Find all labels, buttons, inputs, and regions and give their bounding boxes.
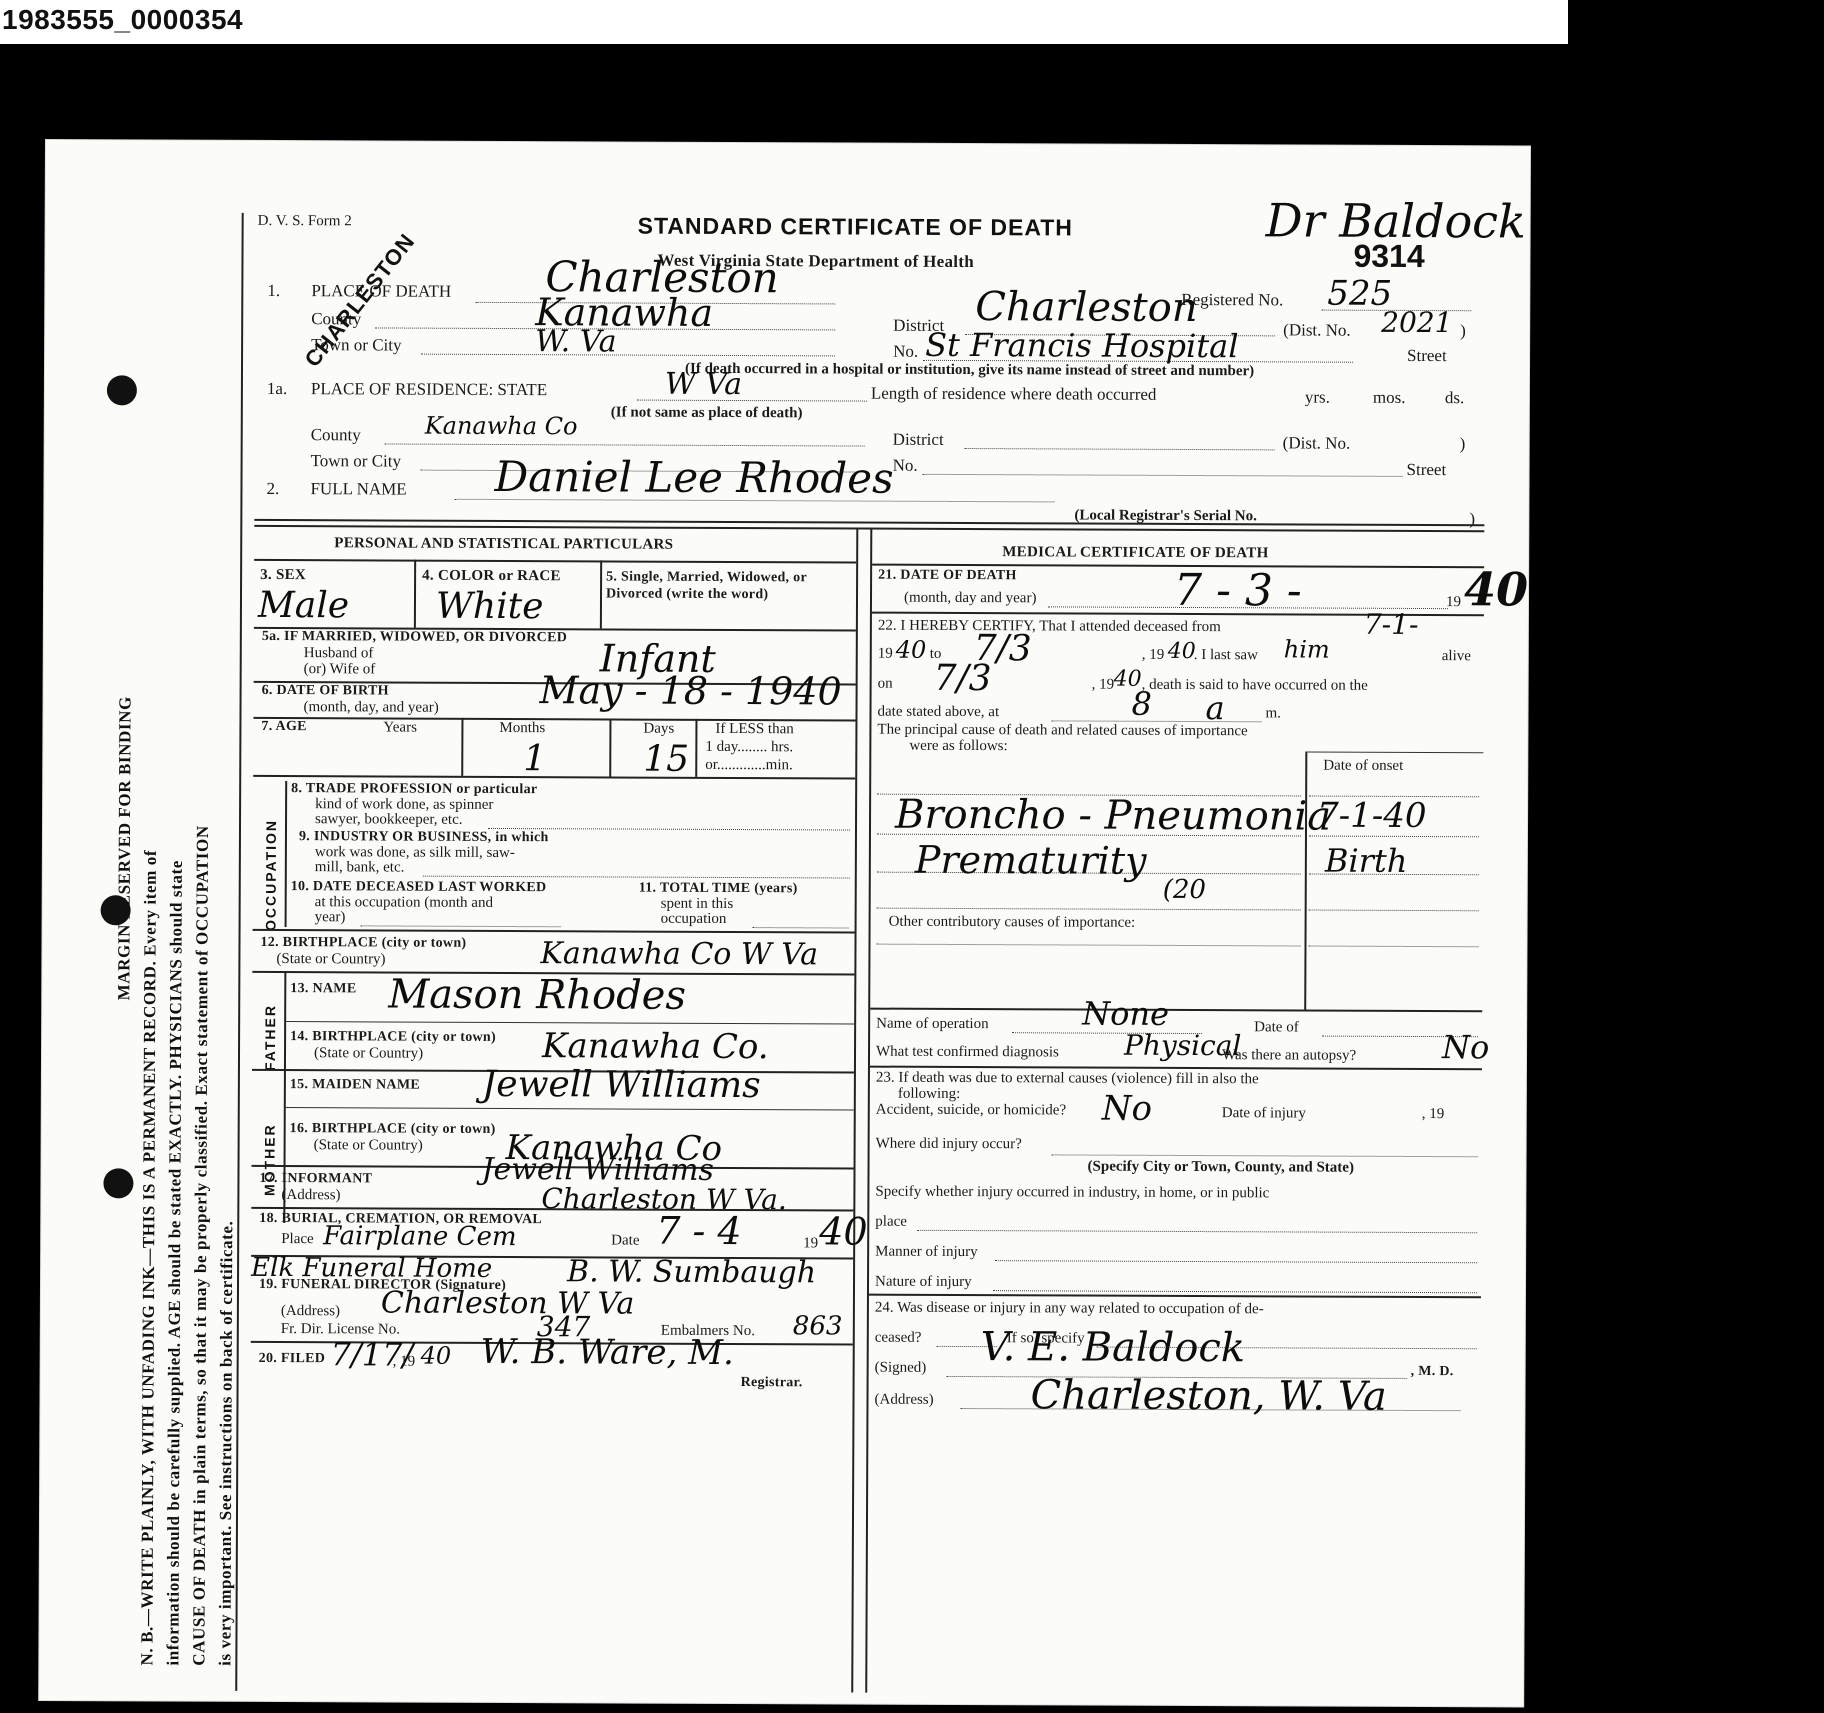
occurred-text: , death is said to have occurred on the xyxy=(1142,677,1368,695)
punch-hole-icon xyxy=(107,375,137,405)
signed-label: (Signed) xyxy=(875,1360,927,1377)
ds-label: ds. xyxy=(1445,388,1464,408)
residence-note: (If not same as place of death) xyxy=(611,404,803,422)
informant-label: 17. INFORMANT xyxy=(259,1171,372,1187)
father-side-label: FATHER xyxy=(262,1004,278,1071)
divider xyxy=(600,560,602,628)
operation-date-label: Date of xyxy=(1254,1019,1299,1036)
less-than-label: If LESS than xyxy=(715,721,793,738)
street-label: Street xyxy=(1407,346,1447,366)
form-id: D. V. S. Form 2 xyxy=(258,213,352,230)
accident-label: Accident, suicide, or homicide? xyxy=(876,1102,1066,1120)
dist-no-label: (Dist. No. xyxy=(1283,320,1351,340)
filed-year-prefix: , 19 xyxy=(393,1354,416,1371)
town-value: W. Va xyxy=(535,324,617,359)
item-number: 2. xyxy=(266,479,279,499)
divider xyxy=(254,559,856,564)
divider xyxy=(286,1107,854,1110)
injury-place-label: place xyxy=(875,1214,907,1231)
dod-label: 21. DATE OF DEATH xyxy=(878,568,1017,585)
yrs-label: yrs. xyxy=(1305,387,1330,407)
dob-sub-label: (month, day, and year) xyxy=(303,699,438,717)
operation-value: None xyxy=(1082,995,1169,1033)
pronoun-value: him xyxy=(1284,635,1330,663)
residence-no-label: No. xyxy=(893,456,918,476)
embalmers-value: 863 xyxy=(793,1311,843,1341)
last-worked-label-3: year) xyxy=(315,909,346,926)
instructions-line-2: information should be carefully supplied… xyxy=(163,860,187,1666)
residence-state-value: W Va xyxy=(665,367,742,402)
mos-label: mos. xyxy=(1373,388,1406,408)
father-birthplace-label: 14. BIRTHPLACE (city or town) xyxy=(290,1029,496,1046)
divider xyxy=(695,719,697,777)
residence-county-value: Kanawha Co xyxy=(425,412,578,441)
burial-date-value: 7 - 4 xyxy=(656,1209,742,1253)
dob-value: May - 18 - 1940 xyxy=(540,668,842,713)
birthplace-value: Kanawha Co W Va xyxy=(540,936,818,972)
test-label: What test confirmed diagnosis xyxy=(876,1044,1059,1062)
birthplace-label-2: (State or Country) xyxy=(276,951,385,968)
mother-birthplace-label: 16. BIRTHPLACE (city or town) xyxy=(290,1121,496,1138)
header-bar: 1983555_0000354 xyxy=(0,0,1568,44)
residence-state-label: PLACE OF RESIDENCE: STATE xyxy=(311,379,547,400)
spouse-label: 5a. IF MARRIED, WIDOWED, OR DIVORCED xyxy=(262,629,567,646)
dod-year-value: 40 xyxy=(1464,562,1528,616)
injury-year-prefix: , 19 xyxy=(1422,1106,1445,1123)
divider xyxy=(461,718,463,776)
father-birthplace-value: Kanawha Co. xyxy=(542,1026,769,1067)
accident-value: No xyxy=(1102,1089,1152,1129)
occupation-related-label: 24. Was disease or injury in any way rel… xyxy=(875,1300,1264,1319)
specify-injury-label: Specify whether injury occurred in indus… xyxy=(875,1184,1269,1203)
divider xyxy=(414,560,416,628)
years-label: Years xyxy=(383,719,417,736)
burial-place-label: Place xyxy=(281,1231,314,1248)
date-stated-label: date stated above, at xyxy=(877,704,999,722)
year-prefix: , 19 xyxy=(1092,677,1115,694)
where-injury-sub: (Specify City or Town, County, and State… xyxy=(1087,1159,1354,1177)
column-divider xyxy=(865,528,872,1693)
husband-of-label: Husband of xyxy=(304,645,374,662)
place-of-death-label: PLACE OF DEATH xyxy=(311,281,451,302)
funeral-address-value: Charleston W Va xyxy=(381,1285,635,1321)
manner-label: Manner of injury xyxy=(875,1244,978,1261)
instructions-line-4: is very important. See instructions on b… xyxy=(215,1221,237,1666)
registrar-label: Registrar. xyxy=(741,1375,803,1391)
race-label: 4. COLOR or RACE xyxy=(422,568,561,586)
district-value: Charleston xyxy=(975,284,1197,331)
mother-maiden-value: Jewell Williams xyxy=(482,1064,761,1106)
attended-to-year: 40 xyxy=(1168,639,1196,664)
burial-date-label: Date xyxy=(611,1232,639,1249)
total-time-label-3: occupation xyxy=(661,911,727,928)
onset-header: Date of onset xyxy=(1323,758,1403,775)
death-certificate: MARGIN RESERVED FOR BINDING N. B.—WRITE … xyxy=(39,140,1530,1706)
time-hour-value: 8 xyxy=(1131,685,1152,723)
divider xyxy=(253,929,855,934)
birthplace-label: 12. BIRTHPLACE (city or town) xyxy=(260,935,466,952)
funeral-director-signature: B. W. Sumbaugh xyxy=(567,1254,816,1290)
divider xyxy=(1304,752,1307,1010)
physician-address-label: (Address) xyxy=(874,1392,933,1409)
binding-margin-note: MARGIN RESERVED FOR BINDING xyxy=(114,696,135,1000)
dist-no-value: 2021 xyxy=(1381,306,1452,339)
divider xyxy=(1307,752,1483,754)
filed-year-value: 40 xyxy=(421,1342,452,1370)
divider xyxy=(609,718,611,776)
father-name-value: Mason Rhodes xyxy=(388,972,686,1019)
age-months-value: 1 xyxy=(523,738,546,779)
instructions-line-1: N. B.—WRITE PLAINLY, WITH UNFADING INK—T… xyxy=(137,850,161,1666)
certify-label: 22. I HEREBY CERTIFY, That I attended de… xyxy=(878,618,1221,636)
funeral-address-label: (Address) xyxy=(281,1303,340,1320)
days-label: Days xyxy=(643,721,674,738)
mother-birthplace-label-2: (State or Country) xyxy=(314,1137,423,1154)
length-of-residence-label: Length of residence where death occurred xyxy=(871,384,1157,405)
physician-address-value: Charleston, W. Va xyxy=(1030,1372,1386,1420)
divider xyxy=(253,775,855,780)
cause-1-onset: 7-1-40 xyxy=(1317,796,1427,836)
residence-dist-no-label: (Dist. No. xyxy=(1283,433,1351,453)
divider xyxy=(285,781,288,927)
industry-label-3: mill, bank, etc. xyxy=(315,859,405,876)
medical-section-title: MEDICAL CERTIFICATE OF DEATH xyxy=(1002,544,1268,562)
attended-from-year: 40 xyxy=(896,636,927,664)
registrar-signature: W. B. Ware, M. xyxy=(481,1332,734,1373)
dob-label: 6. DATE OF BIRTH xyxy=(262,683,389,700)
occupation-side-label: OCCUPATION xyxy=(263,819,279,931)
age-label: 7. AGE xyxy=(261,719,306,735)
external-causes-label-2: following: xyxy=(898,1086,961,1103)
wife-of-label: (or) Wife of xyxy=(304,661,376,678)
death-street-value: St Francis Hospital xyxy=(925,326,1239,365)
time-m-label: m. xyxy=(1265,705,1280,722)
dod-value: 7 - 3 - xyxy=(1174,565,1302,617)
hospital-note: (If death occurred in a hospital or inst… xyxy=(685,361,1254,380)
county-label: County xyxy=(311,309,361,329)
alive-label: alive xyxy=(1442,648,1471,665)
instructions-line-3: CAUSE OF DEATH in plain terms, so that i… xyxy=(189,825,213,1666)
residence-street-label: Street xyxy=(1407,460,1447,480)
md-label: , M. D. xyxy=(1411,1364,1454,1380)
residence-town-label: Town or City xyxy=(311,451,402,471)
marital-status-label: 5. Single, Married, Widowed, or Divorced… xyxy=(606,568,852,603)
punch-hole-icon xyxy=(103,1168,133,1198)
injury-date-label: Date of injury xyxy=(1222,1105,1306,1122)
sex-label: 3. SEX xyxy=(260,567,306,584)
file-number: 9314 xyxy=(1353,238,1424,275)
cause-1-value: Broncho - Pneumonia xyxy=(895,792,1331,840)
mother-maiden-label: 15. MAIDEN NAME xyxy=(290,1077,420,1094)
occupation-related-label-2: ceased? xyxy=(875,1330,922,1347)
father-birthplace-label-2: (State or Country) xyxy=(314,1045,423,1062)
divider xyxy=(870,1008,1482,1013)
age-days-value: 15 xyxy=(643,739,689,780)
attended-from-value: 7-1- xyxy=(1364,608,1419,641)
time-ampm-value: a xyxy=(1205,689,1224,727)
filed-label: 20. FILED xyxy=(259,1351,326,1367)
dod-year-prefix: 19 xyxy=(1446,594,1461,611)
divider xyxy=(869,1294,1481,1299)
image-id-label: 1983555_0000354 xyxy=(2,4,243,36)
race-value: White xyxy=(436,586,544,627)
paren-close: ) xyxy=(1460,321,1466,341)
where-injury-label: Where did injury occur? xyxy=(876,1136,1022,1154)
personal-section-title: PERSONAL AND STATISTICAL PARTICULARS xyxy=(334,535,673,553)
autopsy-label: Was there an autopsy? xyxy=(1222,1047,1356,1065)
trade-label-3: sawyer, bookkeeper, etc. xyxy=(315,811,463,829)
cause-code: (20 xyxy=(1163,875,1206,905)
year-prefix: 19 xyxy=(878,646,893,663)
physician-signature: V. E. Baldock xyxy=(981,1324,1246,1371)
cause-2-onset: Birth xyxy=(1325,842,1408,880)
informant-address-label: (Address) xyxy=(281,1187,340,1204)
months-label: Months xyxy=(499,720,545,737)
last-seen-value: 7/3 xyxy=(934,658,992,699)
sex-value: Male xyxy=(258,585,349,626)
item-number: 1a. xyxy=(267,379,287,399)
cause-intro-2: were as follows: xyxy=(909,738,1007,755)
nature-label: Nature of injury xyxy=(875,1274,972,1291)
item-number: 1. xyxy=(267,281,280,301)
operation-label: Name of operation xyxy=(876,1016,989,1033)
burial-year-prefix: 19 xyxy=(803,1235,818,1252)
burial-place-value: Fairplane Cem xyxy=(323,1221,516,1252)
street-no-label: No. xyxy=(893,342,918,362)
min-label: or.............min. xyxy=(705,757,793,774)
other-causes-label: Other contributory causes of importance: xyxy=(889,914,1136,932)
dod-sub-label: (month, day and year) xyxy=(904,590,1037,608)
residence-district-label: District xyxy=(893,430,944,450)
full-name-value: Daniel Lee Rhodes xyxy=(494,452,893,503)
autopsy-value: No xyxy=(1442,1028,1489,1066)
hrs-label: 1 day........ hrs. xyxy=(705,739,793,756)
burial-year-value: 40 xyxy=(819,1209,868,1253)
full-name-label: FULL NAME xyxy=(310,479,406,499)
last-saw-label: . I last saw xyxy=(1194,647,1258,664)
divider xyxy=(286,1021,854,1024)
margin-rule xyxy=(235,213,243,1691)
father-name-label: 13. NAME xyxy=(290,981,356,997)
paren-close: ) xyxy=(1460,434,1466,454)
year-prefix: , 19 xyxy=(1142,647,1165,664)
town-label: Town or City xyxy=(311,335,402,355)
residence-county-label: County xyxy=(311,425,361,445)
on-label: on xyxy=(878,676,893,693)
page-title: STANDARD CERTIFICATE OF DEATH xyxy=(638,213,1073,242)
cause-2-value: Prematurity xyxy=(915,838,1147,883)
